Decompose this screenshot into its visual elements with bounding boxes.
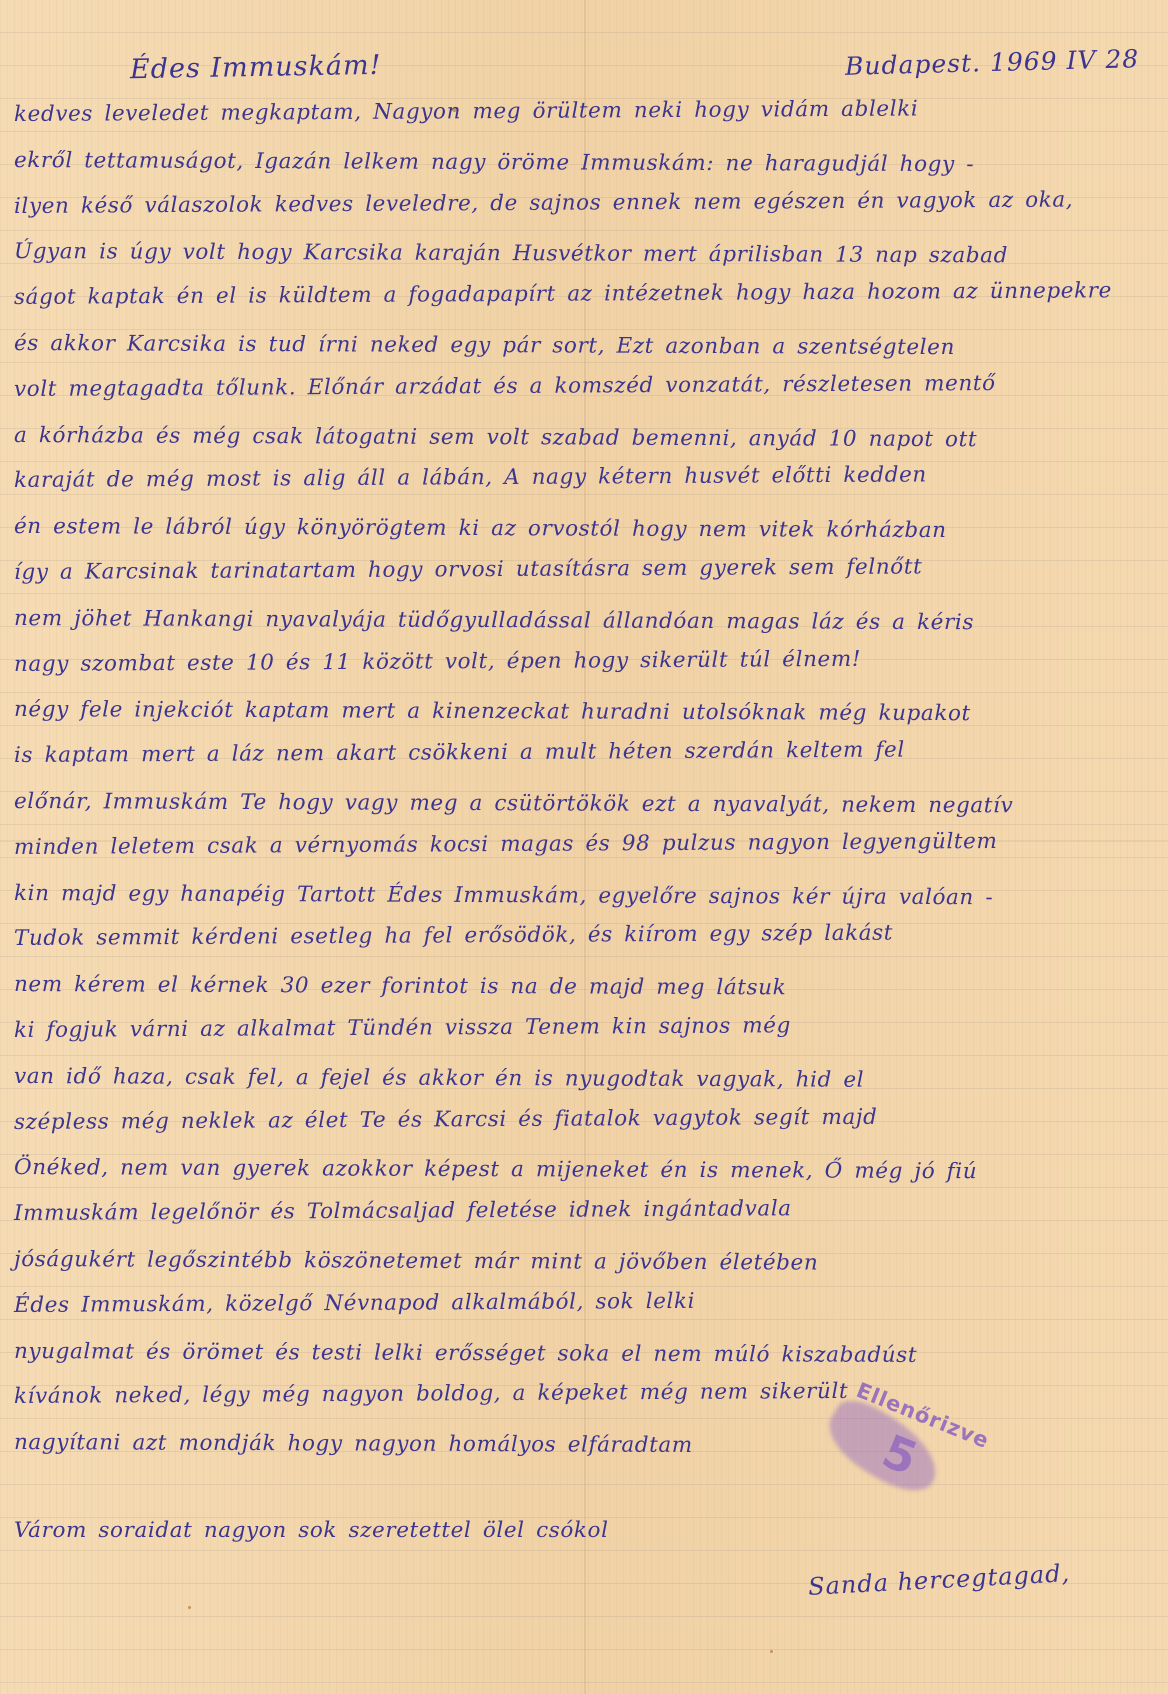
letter-signature: Sanda hercegtagad, [807,1559,1070,1601]
letter-line: karaját de még most is alig áll a lábán,… [14,451,1164,504]
letter-page: Édes Immuskám! Budapest. 1969 IV 28 kedv… [0,0,1168,1694]
letter-closing: Várom soraidat nagyon sok szeretettel öl… [14,1518,609,1543]
letter-line: minden leletem csak a vérnyomás kocsi ma… [14,818,1164,871]
paper-speck [770,1650,773,1653]
letter-line: kívánok neked, légy még nagyon boldog, a… [14,1367,1164,1420]
letter-line: nagyítani azt mondják hogy nagyon homály… [14,1420,1164,1471]
letter-line: szépless még neklek az élet Te és Karcsi… [14,1093,1164,1146]
letter-line: ságot kaptak én el is küldtem a fogadapa… [14,268,1164,321]
letter-dateline: Budapest. 1969 IV 28 [845,44,1140,81]
letter-body: kedves leveledet megkaptam, Nagyon meg ö… [14,92,1164,1466]
letter-line: ilyen késő válaszolok kedves leveledre, … [14,177,1164,230]
letter-line: is kaptam mert a láz nem akart csökkeni … [14,726,1164,779]
letter-line: így a Karcsinak tarinatartam hogy orvosi… [14,543,1164,596]
letter-line: kedves leveledet megkaptam, Nagyon meg ö… [14,85,1164,138]
letter-salutation: Édes Immuskám! [130,50,382,85]
letter-line: ki fogjuk várni az alkalmat Tündén vissz… [14,1001,1164,1054]
letter-line: nagy szombat este 10 és 11 között volt, … [14,635,1164,688]
letter-line: Immuskám legelőnör és Tolmácsaljad felet… [14,1184,1164,1237]
letter-line: Édes Immuskám, közelgő Névnapod alkalmáb… [14,1276,1164,1329]
letter-line: Tudok semmit kérdeni esetleg ha fel erős… [14,909,1164,962]
letter-line: volt megtagadta tőlunk. Előnár arzádat é… [14,360,1164,413]
paper-speck [188,1606,191,1609]
